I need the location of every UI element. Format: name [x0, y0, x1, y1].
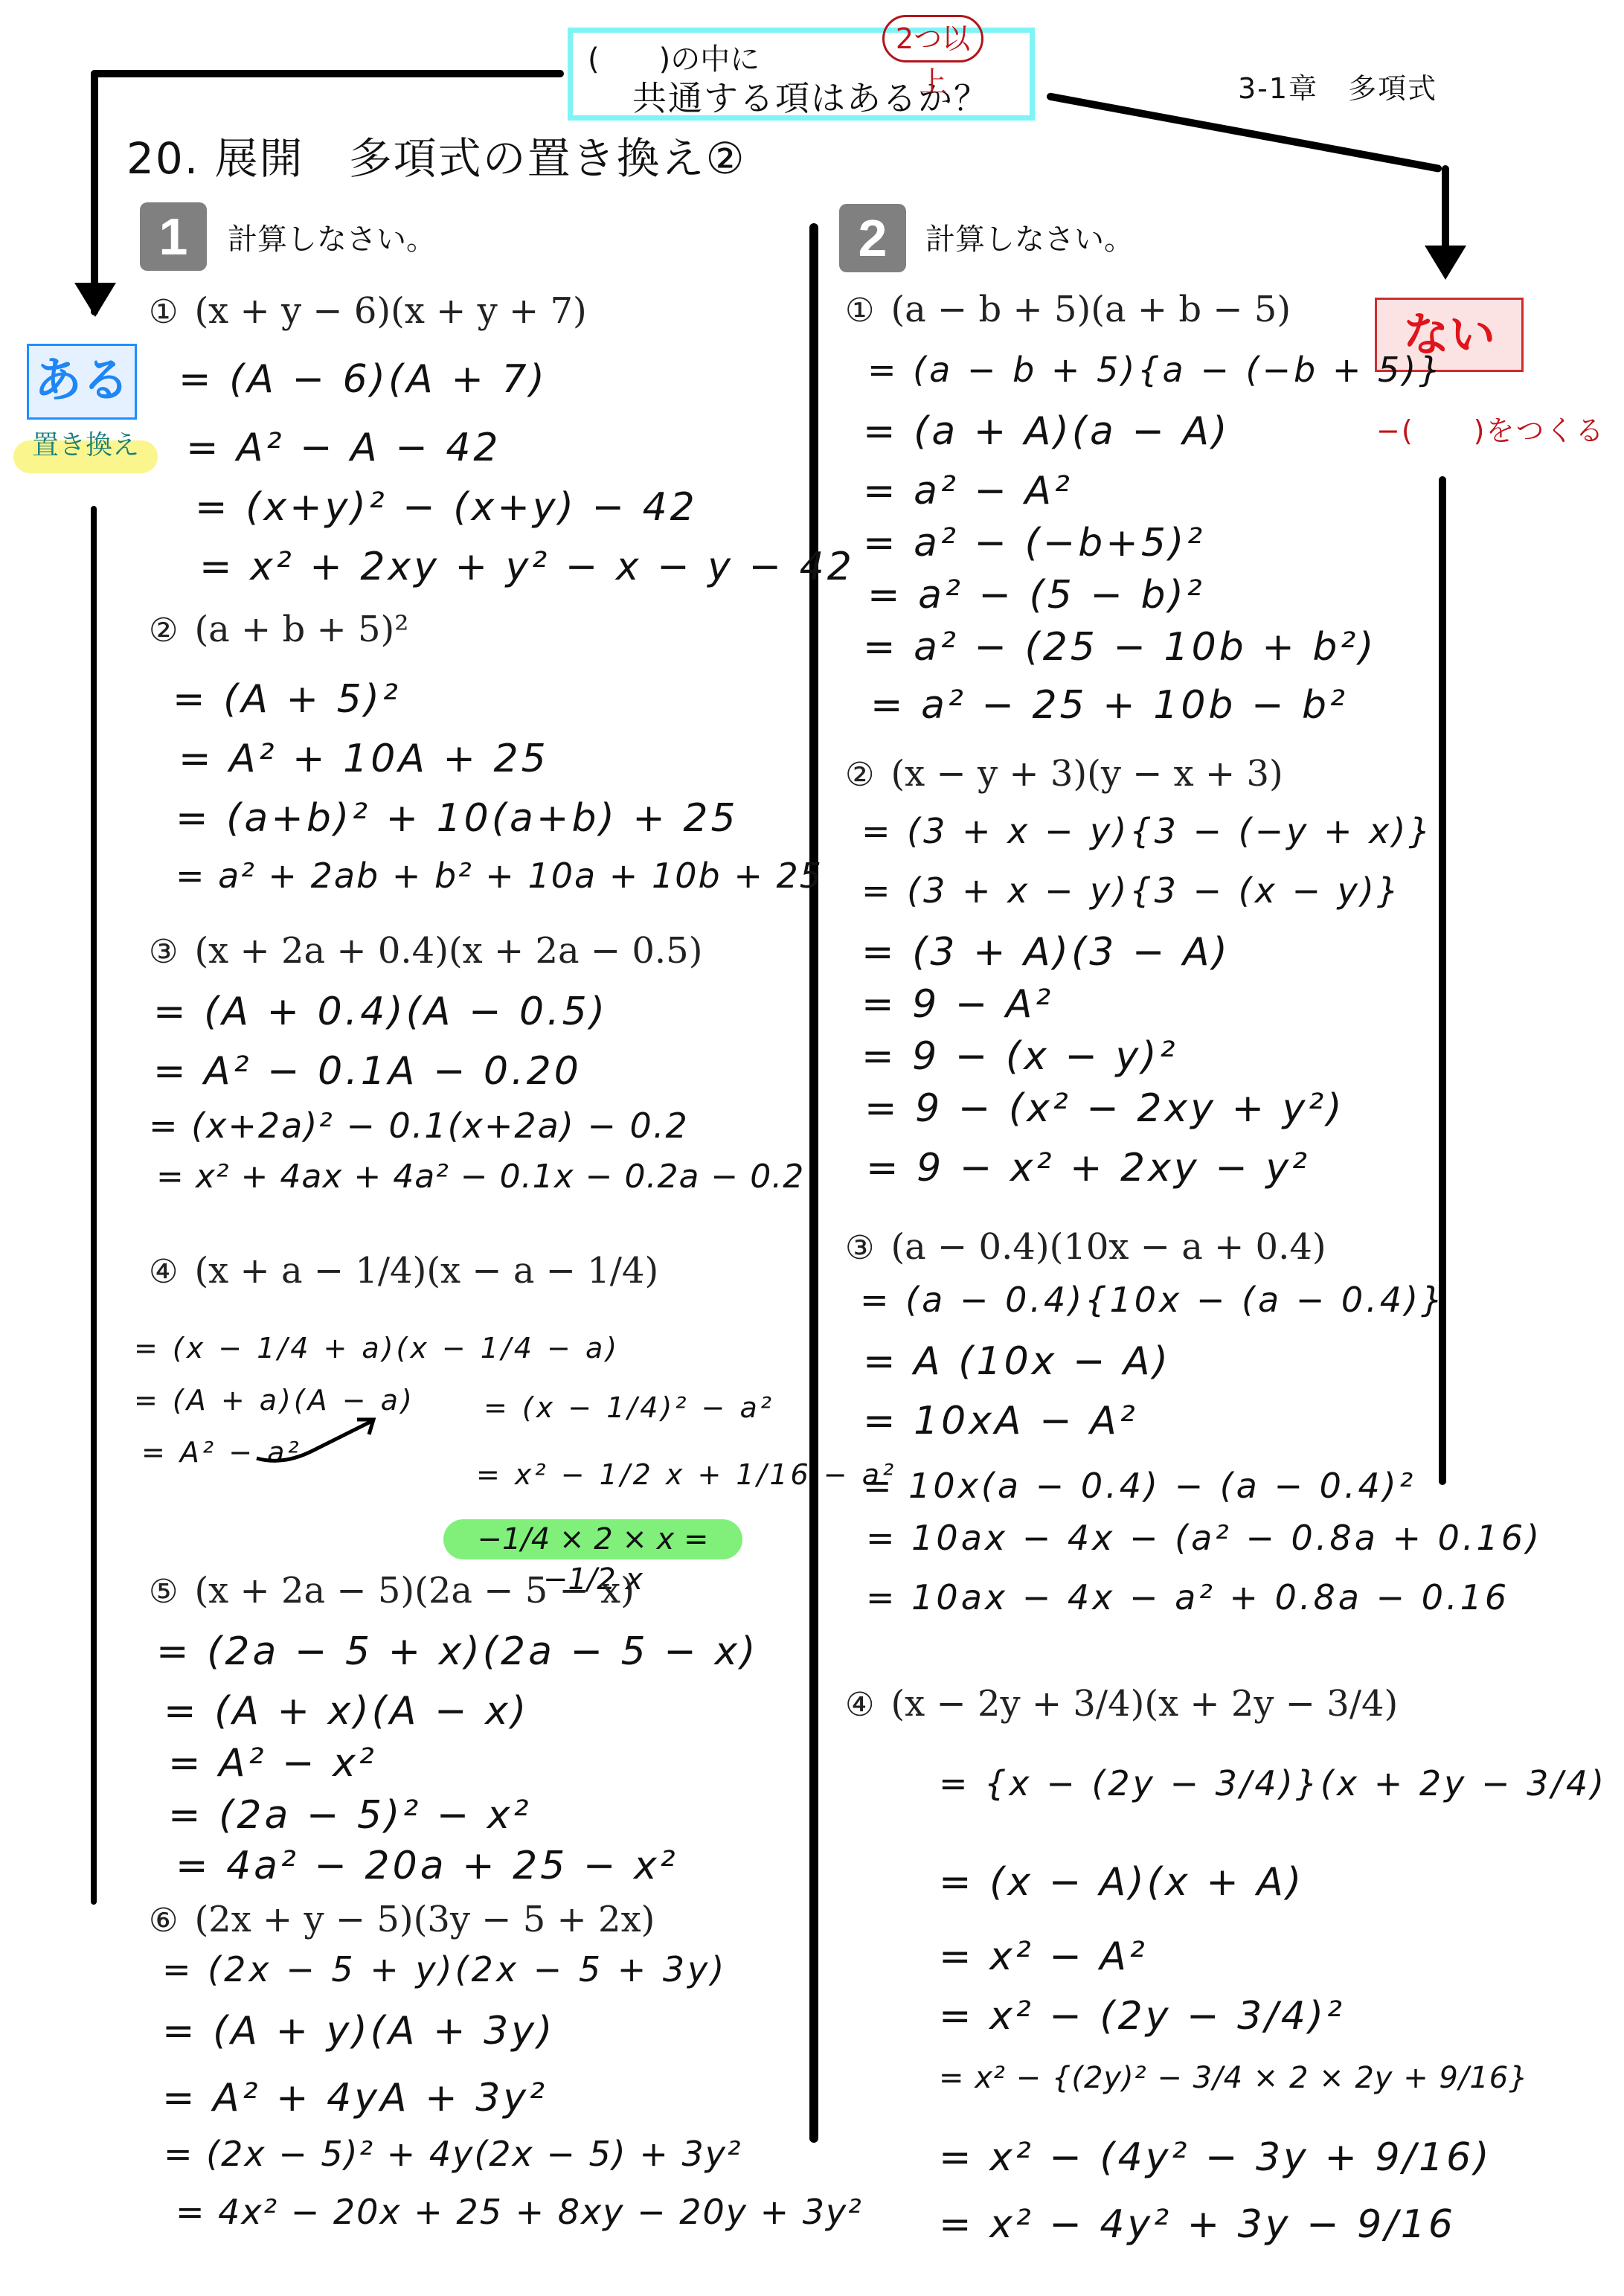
problem-1-6: ⑥(2x + y − 5)(3y − 5 + 2x) — [149, 1899, 655, 1940]
two-or-more-bubble: 2つ以上 — [882, 15, 983, 62]
step: = A² − A − 42 — [186, 426, 501, 470]
arrow-down-left-icon — [74, 283, 116, 317]
step: = (2x − 5 + y)(2x − 5 + 3y) — [162, 1949, 727, 1989]
right-margin-line — [1439, 476, 1446, 1485]
make-minus-note: −( )をつくる — [1376, 408, 1605, 449]
step: = (3 + A)(3 − A) — [861, 930, 1230, 975]
step: = (a+b)² + 10(a+b) + 25 — [176, 796, 739, 841]
step: = 9 − (x² − 2xy + y²) — [864, 1086, 1345, 1131]
step: = a² − 25 + 10b − b² — [870, 683, 1348, 728]
step: = x² − 4y² + 3y − 9/16 — [939, 2202, 1456, 2247]
step: = (A − 6)(A + 7) — [179, 357, 548, 402]
substitute-note-text: 置き換え — [32, 430, 139, 461]
section-2-badge: 2 — [839, 204, 906, 272]
step: = (a − b + 5){a − (−b + 5)} — [867, 350, 1443, 390]
problem-number: ⑥ — [149, 1902, 178, 1940]
step: = (x − A)(x + A) — [939, 1860, 1304, 1905]
page-title: 20. 展開 多項式の置き換え② — [126, 124, 746, 186]
step: = 4a² − 20a + 25 − x² — [176, 1844, 678, 1888]
step: = x² + 2xy + y² − x − y − 42 — [199, 545, 855, 589]
problem-2-4: ④(x − 2y + 3/4)(x + 2y − 3/4) — [845, 1683, 1398, 1725]
problem-number: ② — [845, 756, 874, 794]
step: = A² + 10A + 25 — [179, 737, 549, 781]
step: = 4x² − 20x + 25 + 8xy − 20y + 3y² — [176, 2192, 863, 2232]
column-divider — [809, 223, 818, 2143]
step: = A (10x − A) — [863, 1339, 1171, 1384]
step: = (A + x)(A − x) — [164, 1689, 529, 1734]
problem-1-5: ⑤(x + 2a − 5)(2a − 5 − x) — [149, 1570, 635, 1612]
problem-number: ④ — [845, 1686, 874, 1724]
step: = x² + 4ax + 4a² − 0.1x − 0.2a − 0.2 — [156, 1158, 804, 1196]
problem-1-1: ①(x + y − 6)(x + y + 7) — [149, 290, 587, 332]
step: = (A + a)(A − a) — [134, 1384, 415, 1417]
problem-number: ⑤ — [149, 1573, 178, 1611]
arrow-left-horizontal — [91, 70, 564, 77]
problem-2-1: ①(a − b + 5)(a + b − 5) — [845, 289, 1291, 330]
step: = A² + 4yA + 3y² — [162, 2076, 548, 2120]
problem-expression: (a − b + 5)(a + b − 5) — [890, 289, 1291, 330]
side-step: = x² − 1/2 x + 1/16 − a² — [476, 1458, 896, 1491]
problem-1-2: ②(a + b + 5)² — [149, 609, 409, 650]
problem-expression: (a − 0.4)(10x − a + 0.4) — [890, 1226, 1326, 1268]
step: = (A + 0.4)(A − 0.5) — [153, 990, 608, 1034]
substitute-note: 置き換え — [13, 440, 158, 473]
step: = (3 + x − y){3 − (x − y)} — [861, 870, 1402, 911]
step: = (3 + x − y){3 − (−y + x)} — [861, 811, 1434, 851]
step: = (2x − 5)² + 4y(2x − 5) + 3y² — [164, 2134, 742, 2174]
step: = a² − A² — [863, 469, 1073, 513]
problem-expression: (x − y + 3)(y − x + 3) — [890, 753, 1283, 795]
step: = 9 − x² + 2xy − y² — [866, 1146, 1310, 1190]
continuation-arrow-icon — [253, 1414, 387, 1466]
section-1-instruction: 計算しなさい。 — [228, 216, 436, 258]
step: = A² − x² — [168, 1741, 377, 1786]
step: = 9 − (x − y)² — [861, 1034, 1178, 1079]
step: = (2a − 5 + x)(2a − 5 − x) — [156, 1629, 758, 1674]
step: = 10ax − 4x − a² + 0.8a − 0.16 — [866, 1577, 1509, 1617]
problem-expression: (2x + y − 5)(3y − 5 + 2x) — [194, 1899, 655, 1940]
step: = x² − A² — [939, 1934, 1148, 1979]
step: = (2a − 5)² − x² — [168, 1793, 531, 1838]
problem-expression: (x + 2a − 5)(2a − 5 − x) — [194, 1570, 634, 1612]
problem-2-3: ③(a − 0.4)(10x − a + 0.4) — [845, 1226, 1326, 1268]
step: = x² − (4y² − 3y + 9/16) — [939, 2135, 1492, 2180]
step: = a² − (5 − b)² — [867, 573, 1205, 618]
problem-expression: (x + y − 6)(x + y + 7) — [194, 290, 586, 332]
problem-2-2: ②(x − y + 3)(y − x + 3) — [845, 753, 1283, 795]
step: = a² + 2ab + b² + 10a + 10b + 25 — [176, 856, 823, 896]
step: = (x − 1/4 + a)(x − 1/4 − a) — [134, 1332, 620, 1365]
problem-expression: (x − 2y + 3/4)(x + 2y − 3/4) — [890, 1683, 1398, 1725]
arrow-down-right-icon — [1425, 246, 1466, 280]
yes-label: ある — [27, 344, 137, 420]
step: = (a + A)(a − A) — [863, 409, 1230, 454]
problem-number: ① — [149, 293, 178, 331]
step: = (A + y)(A + 3y) — [162, 2009, 555, 2053]
section-2-instruction: 計算しなさい。 — [925, 216, 1134, 258]
step: = x² − (2y − 3/4)² — [939, 1994, 1345, 2039]
problem-1-4: ④(x + a − 1/4)(x − a − 1/4) — [149, 1250, 658, 1292]
step: = {x − (2y − 3/4)}(x + 2y − 3/4) — [939, 1763, 1607, 1803]
step: = (x+y)² − (x+y) − 42 — [195, 485, 698, 530]
problem-number: ③ — [845, 1229, 874, 1267]
problem-expression: (x + a − 1/4)(x − a − 1/4) — [194, 1250, 658, 1292]
step: = (a − 0.4){10x − (a − 0.4)} — [860, 1280, 1445, 1320]
step: = 9 − A² — [861, 982, 1053, 1027]
problem-number: ② — [149, 612, 178, 650]
problem-number: ① — [845, 292, 874, 330]
problem-expression: (a + b + 5)² — [194, 609, 408, 650]
step: = A² − 0.1A − 0.20 — [153, 1049, 582, 1094]
problem-number: ④ — [149, 1253, 178, 1291]
step: = 10x(a − 0.4) − (a − 0.4)² — [863, 1466, 1416, 1506]
section-1-badge: 1 — [140, 202, 207, 271]
chapter-label: 3-1章 多項式 — [1238, 65, 1437, 106]
left-margin-line — [91, 506, 97, 1905]
problem-1-3: ③(x + 2a + 0.4)(x + 2a − 0.5) — [149, 930, 702, 972]
side-step: = (x − 1/4)² − a² — [484, 1391, 774, 1424]
step: = 10ax − 4x − (a² − 0.8a + 0.16) — [866, 1518, 1542, 1558]
problem-number: ③ — [149, 933, 178, 971]
step: = x² − {(2y)² − 3/4 × 2 × 2y + 9/16} — [939, 2061, 1529, 2095]
problem-expression: (x + 2a + 0.4)(x + 2a − 0.5) — [194, 930, 702, 972]
coefficient-note: −1/4 × 2 × x = −1/2 x — [443, 1519, 742, 1559]
step: = (A + 5)² — [173, 677, 401, 722]
arrow-left-vertical — [91, 70, 98, 315]
step: = 10xA − A² — [863, 1399, 1138, 1443]
step: = a² − (−b+5)² — [863, 521, 1205, 565]
step: = (x+2a)² − 0.1(x+2a) − 0.2 — [149, 1106, 689, 1146]
step: = a² − (25 − 10b + b²) — [863, 625, 1376, 670]
